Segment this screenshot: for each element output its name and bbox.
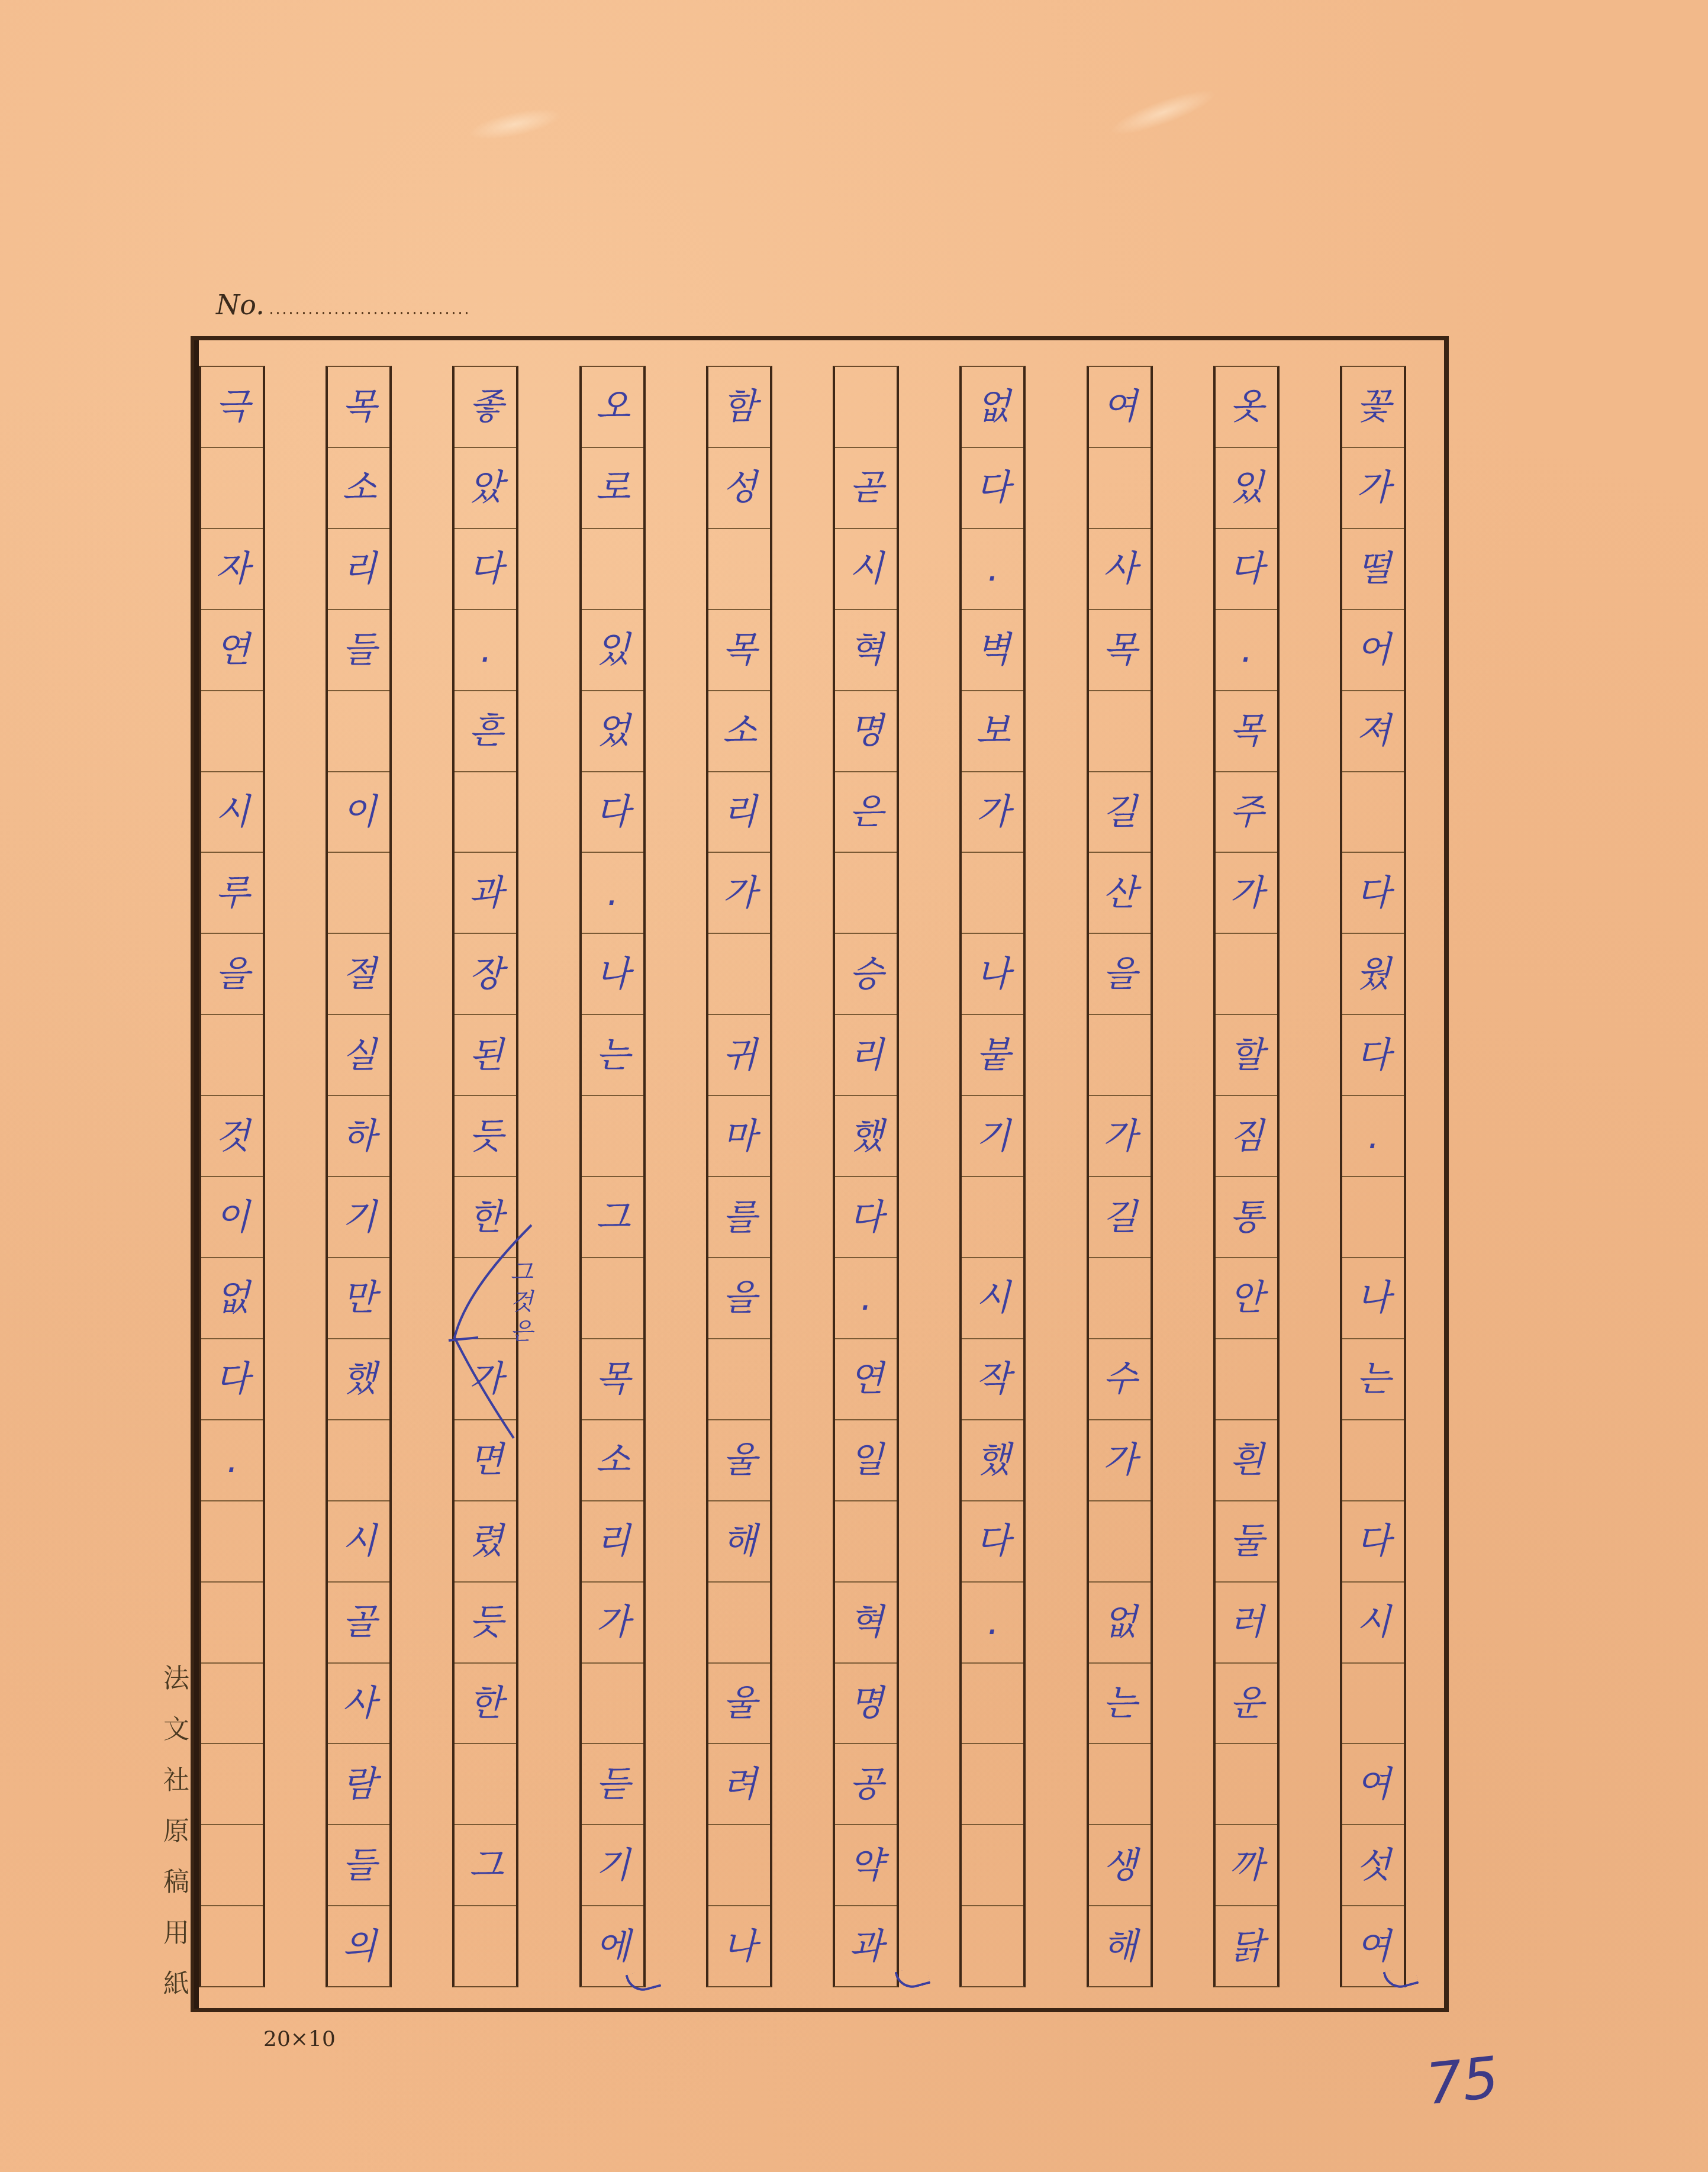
manuscript-cell: 있 — [582, 610, 643, 691]
manuscript-cell: 곧 — [835, 448, 897, 529]
imprint-char: 社 — [163, 1759, 189, 1797]
manuscript-cell — [455, 1906, 516, 1986]
manuscript-cell — [1089, 448, 1151, 529]
manuscript-cell: 기 — [582, 1825, 643, 1906]
manuscript-cell: 만 — [328, 1258, 389, 1339]
manuscript-cell: 이 — [201, 1177, 263, 1258]
manuscript-cell: 는 — [1089, 1664, 1151, 1745]
manuscript-cell: 해 — [1089, 1906, 1151, 1986]
manuscript-cell: 이 — [328, 772, 389, 853]
manuscript-cell: 을 — [708, 1258, 770, 1339]
manuscript-cell — [455, 1744, 516, 1825]
manuscript-cell: 시 — [201, 772, 263, 853]
manuscript-cell: 렸 — [455, 1501, 516, 1583]
manuscript-cell: 가 — [1089, 1096, 1151, 1177]
manuscript-cell: . — [835, 1258, 897, 1339]
manuscript-cell: 혁 — [835, 610, 897, 691]
manuscript-cell: 로 — [582, 448, 643, 529]
manuscript-cell: 그 — [582, 1177, 643, 1258]
manuscript-cell — [1342, 1664, 1404, 1745]
manuscript-cell: 명 — [835, 691, 897, 772]
manuscript-cell: 리 — [835, 1015, 897, 1096]
manuscript-cell: 주 — [1216, 772, 1277, 853]
manuscript-cell: 는 — [1342, 1339, 1404, 1420]
manuscript-column: 목소리들이절실하기만했시골사람들의 — [326, 366, 392, 1987]
manuscript-cell: 과 — [455, 853, 516, 934]
manuscript-cell: 없 — [1089, 1583, 1151, 1664]
manuscript-cell — [328, 1420, 389, 1501]
manuscript-cell: 극 — [201, 367, 263, 448]
manuscript-cell — [201, 1664, 263, 1745]
manuscript-cell: 었 — [582, 691, 643, 772]
manuscript-cell — [201, 448, 263, 529]
imprint-char: 法 — [163, 1657, 189, 1695]
manuscript-cell: 통 — [1216, 1177, 1277, 1258]
manuscript-cell: 까 — [1216, 1825, 1277, 1906]
manuscript-cell: 그 — [455, 1825, 516, 1906]
manuscript-cell: 했 — [835, 1096, 897, 1177]
manuscript-cell — [201, 1015, 263, 1096]
manuscript-cell — [1342, 1420, 1404, 1501]
manuscript-cell: 면 — [455, 1420, 516, 1501]
manuscript-cell: 오 — [582, 367, 643, 448]
manuscript-cell: 루 — [201, 853, 263, 934]
manuscript-cell — [328, 853, 389, 934]
manuscript-cell: 다 — [1342, 853, 1404, 934]
manuscript-cell: 공 — [835, 1744, 897, 1825]
manuscript-cell — [835, 1501, 897, 1583]
manuscript-cell: 절 — [328, 934, 389, 1015]
manuscript-cell — [1342, 772, 1404, 853]
manuscript-cell: 없 — [201, 1258, 263, 1339]
manuscript-cell: 듯 — [455, 1096, 516, 1177]
manuscript-cell: . — [582, 853, 643, 934]
manuscript-cell: 들 — [328, 1825, 389, 1906]
manuscript-column: 극자연시루을것이없다. — [199, 366, 265, 1987]
manuscript-cell — [1089, 691, 1151, 772]
manuscript-column: 옷있다.목주가할짐통안흰둘러운까닭 — [1213, 366, 1280, 1987]
manuscript-cell: 실 — [328, 1015, 389, 1096]
manuscript-cell: . — [455, 610, 516, 691]
manuscript-cell: 둘 — [1216, 1501, 1277, 1583]
manuscript-cell: 의 — [328, 1906, 389, 1986]
manuscript-cell — [962, 1906, 1023, 1986]
manuscript-cell: 길 — [1089, 1177, 1151, 1258]
manuscript-cell — [201, 1501, 263, 1583]
manuscript-cell: 어 — [1342, 610, 1404, 691]
manuscript-cell: 를 — [708, 1177, 770, 1258]
manuscript-cell: 다 — [582, 772, 643, 853]
manuscript-cell — [708, 1339, 770, 1420]
manuscript-cell: 약 — [835, 1825, 897, 1906]
manuscript-cell — [962, 1177, 1023, 1258]
manuscript-cell: 가 — [455, 1339, 516, 1420]
manuscript-cell: 리 — [708, 772, 770, 853]
manuscript-cell: 여 — [1342, 1744, 1404, 1825]
manuscript-cell: 울 — [708, 1420, 770, 1501]
manuscript-cell — [962, 853, 1023, 934]
paper-crease — [1106, 82, 1220, 143]
manuscript-cell — [455, 772, 516, 853]
manuscript-cell — [201, 1583, 263, 1664]
manuscript-cell — [708, 1583, 770, 1664]
manuscript-cell: 시 — [1342, 1583, 1404, 1664]
manuscript-cell: 목 — [582, 1339, 643, 1420]
manuscript-cell: . — [962, 1583, 1023, 1664]
manuscript-cell: 섯 — [1342, 1825, 1404, 1906]
imprint-char: 稿 — [163, 1861, 189, 1899]
manuscript-cell: 성 — [708, 448, 770, 529]
manuscript-cell — [835, 853, 897, 934]
manuscript-cell: 없 — [962, 367, 1023, 448]
manuscript-cell: . — [201, 1420, 263, 1501]
manuscript-cell: 꽃 — [1342, 367, 1404, 448]
imprint-char: 文 — [163, 1708, 189, 1746]
manuscript-cell: 했 — [962, 1420, 1023, 1501]
manuscript-cell: 소 — [708, 691, 770, 772]
manuscript-column: 없다.벽보가나붙기시작했다. — [959, 366, 1026, 1987]
manuscript-cell: 을 — [1089, 934, 1151, 1015]
manuscript-cell: 하 — [328, 1096, 389, 1177]
manuscript-cell: 명 — [835, 1664, 897, 1745]
manuscript-cell: 다 — [1342, 1015, 1404, 1096]
manuscript-cell — [1216, 934, 1277, 1015]
manuscript-cell: 승 — [835, 934, 897, 1015]
manuscript-column: 곧시혁명은승리했다.연일혁명공약과 — [833, 366, 899, 1987]
manuscript-cell: 시 — [328, 1501, 389, 1583]
manuscript-cell: 져 — [1342, 691, 1404, 772]
manuscript-cell — [962, 1664, 1023, 1745]
manuscript-column: 좋았다.흔과장된듯한가면렸듯한그 — [452, 366, 518, 1987]
manuscript-cell: . — [962, 529, 1023, 610]
manuscript-cell: 다 — [201, 1339, 263, 1420]
manuscript-cell: 목 — [1089, 610, 1151, 691]
manuscript-cell: 과 — [835, 1906, 897, 1986]
manuscript-cell: 붙 — [962, 1015, 1023, 1096]
manuscript-cell — [582, 1096, 643, 1177]
manuscript-cell: 된 — [455, 1015, 516, 1096]
manuscript-grid: 꽃가떨어져다웠다.나는다시여섯여옷있다.목주가할짐통안흰둘러운까닭여사목길산을가… — [199, 366, 1406, 1987]
manuscript-cell: 산 — [1089, 853, 1151, 934]
manuscript-cell: 해 — [708, 1501, 770, 1583]
manuscript-cell: 러 — [1216, 1583, 1277, 1664]
manuscript-cell: 려 — [708, 1744, 770, 1825]
manuscript-cell — [1216, 1339, 1277, 1420]
manuscript-cell: 길 — [1089, 772, 1151, 853]
manuscript-cell: 다 — [962, 448, 1023, 529]
manuscript-cell: 나 — [1342, 1258, 1404, 1339]
correction-char: 그 — [510, 1261, 533, 1284]
manuscript-cell: 가 — [708, 853, 770, 934]
manuscript-column: 꽃가떨어져다웠다.나는다시여섯여 — [1340, 366, 1406, 1987]
manuscript-column: 여사목길산을가길수가없는생해 — [1087, 366, 1153, 1987]
manuscript-cell: 보 — [962, 691, 1023, 772]
manuscript-cell: 목 — [708, 610, 770, 691]
manuscript-cell: 기 — [328, 1177, 389, 1258]
manuscript-cell: 닭 — [1216, 1906, 1277, 1986]
correction-char: 은 — [510, 1320, 533, 1343]
manuscript-cell: 작 — [962, 1339, 1023, 1420]
manuscript-cell: 다 — [1216, 529, 1277, 610]
manuscript-cell: 안 — [1216, 1258, 1277, 1339]
manuscript-cell: 있 — [1216, 448, 1277, 529]
manuscript-cell: 소 — [582, 1420, 643, 1501]
manuscript-cell — [835, 367, 897, 448]
manuscript-cell: 울 — [708, 1664, 770, 1745]
manuscript-cell — [582, 1258, 643, 1339]
manuscript-cell: 사 — [328, 1664, 389, 1745]
manuscript-cell: 여 — [1089, 367, 1151, 448]
manuscript-cell: 흰 — [1216, 1420, 1277, 1501]
manuscript-cell: 람 — [328, 1744, 389, 1825]
manuscript-cell: 다 — [835, 1177, 897, 1258]
manuscript-cell: 다 — [962, 1501, 1023, 1583]
paper-crease — [466, 103, 564, 146]
manuscript-cell: 떨 — [1342, 529, 1404, 610]
manuscript-cell — [201, 1906, 263, 1986]
manuscript-cell: 가 — [582, 1583, 643, 1664]
manuscript-cell: 것 — [201, 1096, 263, 1177]
manuscript-cell — [708, 934, 770, 1015]
manuscript-cell: 기 — [962, 1096, 1023, 1177]
manuscript-cell — [1089, 1015, 1151, 1096]
manuscript-cell: 마 — [708, 1096, 770, 1177]
manuscript-cell: 한 — [455, 1177, 516, 1258]
sheet-number-label: No. — [216, 289, 265, 321]
manuscript-cell — [1089, 1744, 1151, 1825]
manuscript-cell: 웠 — [1342, 934, 1404, 1015]
manuscript-cell: 가 — [962, 772, 1023, 853]
manuscript-cell: 벽 — [962, 610, 1023, 691]
manuscript-column: 함성목소리가귀마를을울해울려나 — [706, 366, 772, 1987]
manuscript-cell: 소 — [328, 448, 389, 529]
manuscript-cell: 가 — [1216, 853, 1277, 934]
margin-correction: 그것은 — [510, 1261, 533, 1343]
manuscript-cell: 가 — [1089, 1420, 1151, 1501]
manuscript-cell — [1342, 1177, 1404, 1258]
manuscript-cell — [708, 529, 770, 610]
manuscript-cell — [201, 1744, 263, 1825]
manuscript-cell — [201, 691, 263, 772]
manuscript-cell: 듯 — [455, 1583, 516, 1664]
manuscript-cell: 할 — [1216, 1015, 1277, 1096]
manuscript-cell — [1089, 1258, 1151, 1339]
manuscript-cell: 수 — [1089, 1339, 1151, 1420]
sheet-number-field: No. — [216, 289, 472, 321]
manuscript-cell: 듣 — [582, 1744, 643, 1825]
manuscript-cell: 옷 — [1216, 367, 1277, 448]
manuscript-cell: 자 — [201, 529, 263, 610]
manuscript-cell: 을 — [201, 934, 263, 1015]
manuscript-cell: 가 — [1342, 448, 1404, 529]
manuscript-frame-left-rail — [194, 340, 199, 2009]
manuscript-cell: . — [1216, 610, 1277, 691]
manuscript-cell: 함 — [708, 367, 770, 448]
manuscript-cell: 혁 — [835, 1583, 897, 1664]
manuscript-cell — [1089, 1501, 1151, 1583]
manuscript-cell: 일 — [835, 1420, 897, 1501]
manuscript-cell: 목 — [328, 367, 389, 448]
sheet-number-dotted-line — [268, 312, 472, 314]
manuscript-cell: 았 — [455, 448, 516, 529]
manuscript-cell: 시 — [835, 529, 897, 610]
manuscript-cell: 목 — [1216, 691, 1277, 772]
manuscript-cell: 흔 — [455, 691, 516, 772]
manuscript-cell: 장 — [455, 934, 516, 1015]
manuscript-cell: 짐 — [1216, 1096, 1277, 1177]
manuscript-cell: 했 — [328, 1339, 389, 1420]
manuscript-cell: 는 — [582, 1015, 643, 1096]
manuscript-cell — [328, 691, 389, 772]
manuscript-cell: 생 — [1089, 1825, 1151, 1906]
manuscript-cell: 들 — [328, 610, 389, 691]
manuscript-cell: 리 — [582, 1501, 643, 1583]
manuscript-cell: . — [1342, 1096, 1404, 1177]
manuscript-cell: 다 — [1342, 1501, 1404, 1583]
manuscript-cell: 한 — [455, 1664, 516, 1745]
manuscript-cell: 다 — [455, 529, 516, 610]
manuscript-cell: 연 — [201, 610, 263, 691]
manuscript-cell: 사 — [1089, 529, 1151, 610]
manuscript-cell: 좋 — [455, 367, 516, 448]
manuscript-cell: 시 — [962, 1258, 1023, 1339]
manuscript-cell — [708, 1825, 770, 1906]
correction-char: 것 — [510, 1290, 533, 1314]
manuscript-cell: 운 — [1216, 1664, 1277, 1745]
imprint-char: 原 — [163, 1810, 189, 1848]
publisher-imprint: 法文社原稿用紙 — [163, 1657, 189, 2000]
manuscript-cell: 골 — [328, 1583, 389, 1664]
manuscript-cell — [962, 1825, 1023, 1906]
manuscript-cell: 귀 — [708, 1015, 770, 1096]
manuscript-cell: 은 — [835, 772, 897, 853]
manuscript-cell: 나 — [582, 934, 643, 1015]
manuscript-cell: 나 — [708, 1906, 770, 1986]
manuscript-cell — [582, 1664, 643, 1745]
grid-size-label: 20×10 — [263, 2027, 336, 2051]
manuscript-column: 오로있었다.나는그목소리가듣기에 — [579, 366, 646, 1987]
manuscript-cell: 리 — [328, 529, 389, 610]
page-number: 75 — [1423, 2044, 1501, 2118]
manuscript-cell: 연 — [835, 1339, 897, 1420]
manuscript-cell — [1216, 1744, 1277, 1825]
manuscript-cell — [201, 1825, 263, 1906]
imprint-char: 用 — [163, 1912, 189, 1949]
imprint-char: 紙 — [163, 1962, 189, 2000]
manuscript-cell — [582, 529, 643, 610]
manuscript-cell — [962, 1744, 1023, 1825]
manuscript-cell — [455, 1258, 516, 1339]
manuscript-cell: 나 — [962, 934, 1023, 1015]
